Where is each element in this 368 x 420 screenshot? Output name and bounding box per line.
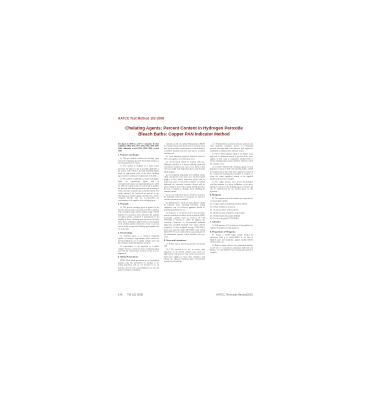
body-paragraph: 4.2 All chemicals should be handled with… xyxy=(164,161,205,173)
body-paragraph: 4.1 Good laboratory practices should be … xyxy=(164,156,205,161)
section-heading: 7. Indicator xyxy=(210,221,253,223)
body-paragraph: NOTE: These safety precautions are for i… xyxy=(118,260,159,272)
body-paragraph: materials in this test method. Manufactu… xyxy=(164,143,205,155)
text-column-3: 5.1.2 Sodium silicate, saturated and som… xyxy=(210,143,253,293)
document-title-line-2: Bleach Baths: Copper PAN Indicator Metho… xyxy=(110,131,258,137)
body-paragraph: 5.3 The copper titration curve (5.1.1) d… xyxy=(210,181,253,193)
body-paragraph: 6.1 The reagents used in this method are… xyxy=(210,198,253,203)
text-column-2: materials in this test method. Manufactu… xyxy=(164,143,205,293)
section-heading: 3. Terminology xyxy=(118,232,159,234)
body-paragraph: Developed in 1968 by AATCC Committee RA1… xyxy=(118,143,159,153)
body-paragraph: 1.3 The method is applicable to bleach b… xyxy=(118,178,159,202)
body-paragraph: 5.1.2 Sodium silicate, saturated and som… xyxy=(210,143,253,153)
text-column-1: Developed in 1968 by AATCC Committee RA1… xyxy=(118,143,159,293)
section-heading: 8. Preparation of Reagents xyxy=(210,231,253,233)
page-canvas: AATCC Test Method 102-2008 Chelating Age… xyxy=(0,0,368,420)
footer-right: AATCC Technical Manual/2010 xyxy=(173,293,253,300)
body-paragraph: 5.1 Results may be affected by the pH of… xyxy=(164,243,205,248)
body-paragraph: 4.4 An eyewash/safety shower should be l… xyxy=(164,194,205,201)
footer-method-ref: TM 102-2008 xyxy=(127,293,143,296)
body-paragraph: 2.1 The percent chelating agent or powde… xyxy=(118,207,159,231)
body-paragraph: 7.1 PAN indicator, 0.1% solution of 1-(2… xyxy=(210,225,253,230)
document-title: Chelating Agents: Percent Content in Hyd… xyxy=(110,125,258,141)
body-paragraph: 3.1 chelating agent, n.—a chemical compo… xyxy=(118,235,159,245)
body-paragraph: 8.1 Prepare a 0.05M copper sulfate solut… xyxy=(210,234,253,244)
body-paragraph: 6.1.6 Acetic acid, glacial (CH3COOH). xyxy=(210,218,253,220)
body-paragraph: 5.2 The Cu-PAN indicator signal is not d… xyxy=(210,153,253,165)
footer-manual-ref: AATCC Technical Manual/2010 xyxy=(173,293,253,296)
body-paragraph: 4.3 In preparing, dispensing and handlin… xyxy=(164,174,205,193)
body-paragraph: 8.2 Buffer solution: dissolve 54 g ammon… xyxy=(210,245,253,255)
section-heading: 1. Purpose and Scope xyxy=(118,154,159,156)
method-header-text: AATCC Test Method 102-2008 xyxy=(118,117,258,121)
section-heading: 5. Uses and Limitations xyxy=(164,240,205,242)
body-paragraph: 5.2.1 AATCC Method 149, Chelating Agents… xyxy=(210,166,253,180)
body-paragraph: 5.1.1 The method is for use in routine p… xyxy=(164,249,205,263)
body-paragraph: 1.1 This test method measures the chelat… xyxy=(118,158,159,165)
footer-page-number: 146 xyxy=(118,293,122,296)
section-heading: 2. Principle xyxy=(118,203,159,205)
section-heading: 6. Reagents xyxy=(210,194,253,196)
section-heading: 4. Safety Precautions xyxy=(118,256,159,258)
method-header-line: AATCC Test Method 102-2008 xyxy=(118,117,258,125)
body-paragraph: 1.2 The method is designed as a rapid co… xyxy=(118,165,159,177)
body-paragraph: 3.2 sequestration, n.—the formation of a… xyxy=(118,246,159,256)
body-paragraph: 4.6 Exposure to chemicals used in this p… xyxy=(164,212,205,238)
body-paragraph: 4.5 Manufacturer's safety recommendation… xyxy=(164,202,205,212)
